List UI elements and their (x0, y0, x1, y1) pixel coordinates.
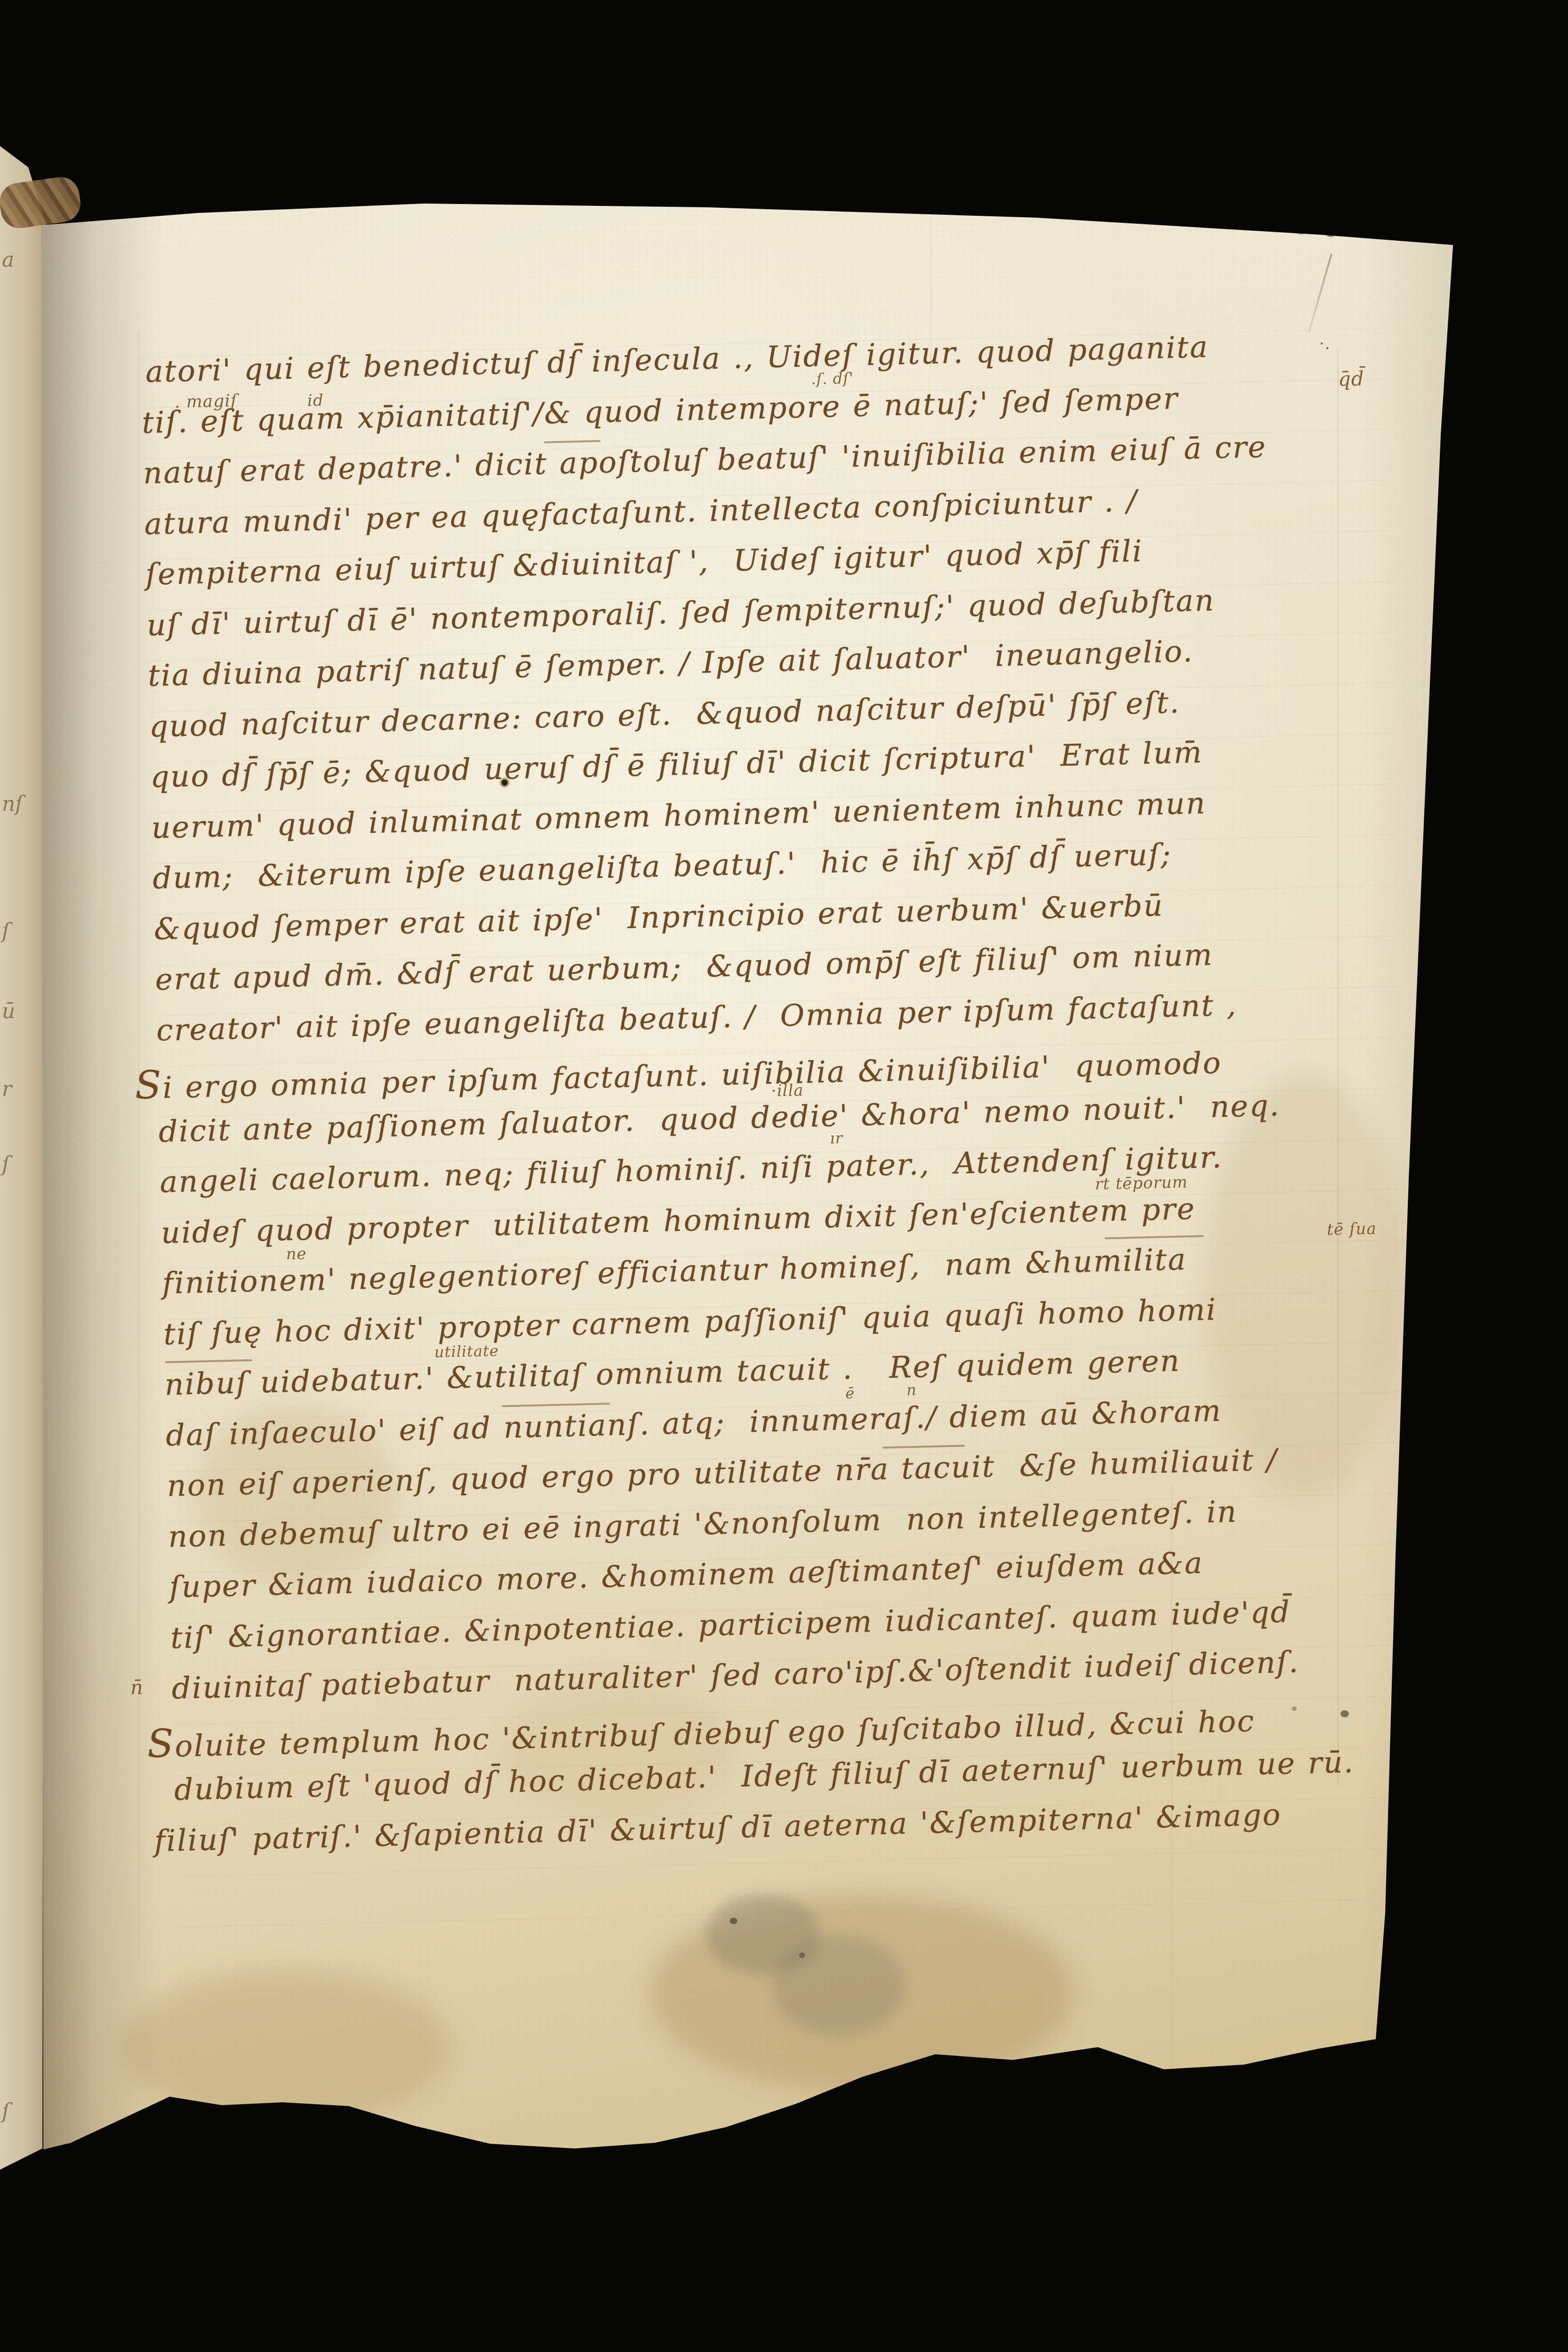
manuscript-line: dum; &iterum ipſe euangeliſta beatuſ.' h… (152, 840, 1172, 893)
parchment-page: 47 atori' qui eſt benedictuſ dſ̄ inſecul… (0, 0, 1568, 2352)
edge-fragment: ſ (2, 1154, 9, 1175)
text-block: atori' qui eſt benedictuſ dſ̄ inſecula .… (140, 328, 1421, 1935)
manuscript-line: erat apud dm̄. &dſ̄ erat uerbum; &quod o… (155, 940, 1213, 995)
interlinear-gloss: .ſ. dſ' (811, 370, 854, 386)
interlinear-gloss: ē (845, 1386, 855, 1401)
interlinear-gloss: ·. (1319, 335, 1331, 352)
interlinear-gloss: id (307, 392, 324, 409)
manuscript-line: non eiſ aperienſ, quod ergo pro utilitat… (167, 1445, 1278, 1501)
corrector-underline (502, 1403, 610, 1407)
manuscript-line: filiuſ' patriſ.' &ſapientia dī' &uirtuſ … (154, 1799, 1282, 1855)
gray-smudge (773, 1936, 905, 2035)
interlinear-gloss: r~ (1443, 373, 1465, 390)
corrector-underline (1105, 1235, 1204, 1239)
manuscript-line: nibuſ uidebatur.' &utilitaſ omnium tacui… (164, 1346, 1181, 1400)
manuscript-line: uerum' quod inluminat omnem hominem' uen… (151, 788, 1207, 842)
corrector-underline (882, 1445, 965, 1448)
manuscript-line: quod naſcitur decarne: caro eſt. &quod n… (149, 687, 1181, 742)
manuscript-line: diuinitaſ patiebatur naturaliter' ſed ca… (171, 1647, 1300, 1703)
edge-fragment: ſ (2, 921, 9, 942)
manuscript-line: ſempiterna eiuſ uirtuſ &diuinitaſ ', Uid… (145, 536, 1143, 589)
edge-fragment: r (2, 1079, 12, 1100)
interlinear-gloss: n (906, 1382, 917, 1398)
margin-note: n̄ (130, 1678, 144, 1698)
manuscript-line: ſuper &iam iudaico more. &hominem aeſtim… (169, 1548, 1204, 1602)
manuscript-photo: anſſūrſſ 47 atori' qui eſt benedictuſ dſ… (0, 0, 1568, 2352)
interlinear-gloss: tē ſua (1327, 1221, 1377, 1238)
interlinear-gloss: ·illa (771, 1082, 804, 1099)
edge-fragment: nſ (2, 794, 23, 815)
manuscript-line: non debemuſ ultro ei eē ingrati '&nonſol… (168, 1496, 1238, 1551)
interlinear-gloss: utilitate (434, 1343, 499, 1360)
interlinear-gloss: q̄d̄ (1338, 369, 1364, 389)
manuscript-line: angeli caelorum. neq; filiuſ hominiſ. ni… (160, 1142, 1223, 1197)
manuscript-line: daſ inſaeculo' eiſ ad nuntianſ. atq; inn… (165, 1396, 1222, 1450)
interlinear-gloss: ır (830, 1130, 843, 1146)
manuscript-line: finitionem' neglegentioreſ efficiantur h… (162, 1244, 1187, 1298)
interlinear-gloss: . magiſ (174, 392, 237, 411)
folio-number: 47 (1275, 185, 1362, 249)
interlinear-gloss: ne (286, 1246, 307, 1262)
manuscript-line: uideſ quod propter utilitatem hominum di… (161, 1193, 1196, 1248)
manuscript-line: natuſ erat depatre.' dicit apoſtoluſ bea… (143, 432, 1267, 488)
manuscript-line: tiſ. eſt quam xp̄ianitatiſ'/& quod intem… (142, 384, 1179, 438)
interlinear-gloss: rt tēporum (1095, 1174, 1188, 1192)
corrector-underline (165, 1359, 252, 1363)
manuscript-line: atura mundi' per ea quęfactaſunt. intell… (144, 486, 1138, 539)
manuscript-line: tiſ ſuę hoc dixit' propter carnem paſſio… (163, 1294, 1217, 1349)
manuscript-line: tia diuina patriſ natuſ ē ſemper. / Ipſe… (147, 637, 1193, 691)
manuscript-line: tiſ' &ignorantiae. &inpotentiae. partici… (170, 1597, 1291, 1653)
pencil-stroke (1308, 253, 1332, 333)
manuscript-line: quo dſ̄ ſp̄ſ ē; &quod ueruſ dſ̄ ē filiuſ… (150, 737, 1203, 792)
corrector-underline (544, 440, 600, 443)
ink-speck (799, 1952, 805, 1958)
edge-fragment: ū (2, 1001, 15, 1022)
previous-leaf-edge: anſſūrſſ (0, 139, 45, 2170)
manuscript-line: creator' ait ipſe euangeliſta beatuſ. / … (156, 990, 1237, 1045)
stain (122, 1969, 452, 2125)
manuscript-line: atori' qui eſt benedictuſ dſ̄ inſecula .… (145, 332, 1209, 387)
edge-fragment: a (2, 250, 14, 270)
edge-fragment: ſ (2, 2101, 9, 2122)
ruling-crease (139, 330, 139, 1960)
manuscript-line: uſ dī' uirtuſ dī ē' nontemporaliſ. ſed ſ… (147, 585, 1216, 640)
manuscript-line: &quod ſemper erat ait ipſe' Inprincipio … (154, 890, 1164, 944)
